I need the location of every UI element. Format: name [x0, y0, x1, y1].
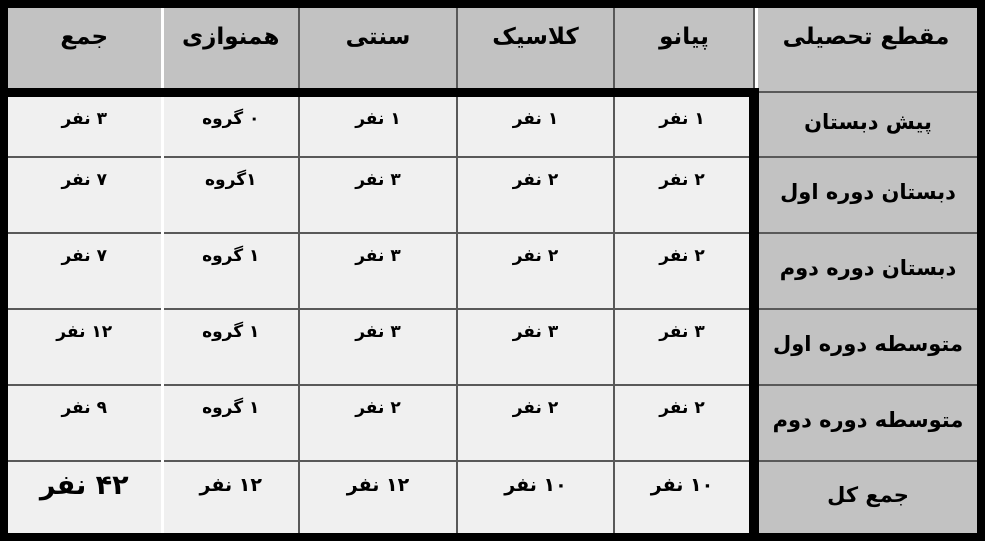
cell-elementary1-total: ۷ نفر — [4, 157, 162, 233]
cell-preschool-piano: ۱ نفر — [614, 92, 754, 157]
table-row-grand-total: جمع کل ۱۰ نفر ۱۰ نفر ۱۲ نفر ۱۲ نفر ۴۲ نف… — [4, 461, 981, 537]
cell-middle1-total: ۱۲ نفر — [4, 309, 162, 385]
cell-middle1-classic: ۳ نفر — [457, 309, 614, 385]
column-header-classic: کلاسیک — [457, 4, 614, 92]
row-label-middle-2: متوسطه دوره دوم — [754, 385, 981, 461]
cell-middle2-traditional: ۲ نفر — [299, 385, 457, 461]
cell-preschool-traditional: ۱ نفر — [299, 92, 457, 157]
cell-elementary1-ensemble: ۱گروه — [162, 157, 299, 233]
cell-elementary2-ensemble: ۱ گروه — [162, 233, 299, 309]
cell-elementary2-classic: ۲ نفر — [457, 233, 614, 309]
cell-middle2-classic: ۲ نفر — [457, 385, 614, 461]
cell-middle2-ensemble: ۱ گروه — [162, 385, 299, 461]
table-row-elementary-1: دبستان دوره اول ۲ نفر ۲ نفر ۳ نفر ۱گروه … — [4, 157, 981, 233]
cell-elementary2-total: ۷ نفر — [4, 233, 162, 309]
row-label-middle-1: متوسطه دوره اول — [754, 309, 981, 385]
row-label-grand-total: جمع کل — [754, 461, 981, 537]
cell-grand-total: ۴۲ نفر — [4, 461, 162, 537]
table-row-middle-1: متوسطه دوره اول ۳ نفر ۳ نفر ۳ نفر ۱ گروه… — [4, 309, 981, 385]
cell-total-classic: ۱۰ نفر — [457, 461, 614, 537]
cell-middle1-piano: ۳ نفر — [614, 309, 754, 385]
column-header-ensemble: همنوازی — [162, 4, 299, 92]
table-header-row: مقطع تحصیلی پیانو کلاسیک سنتی همنوازی جم… — [4, 4, 981, 92]
column-header-level: مقطع تحصیلی — [754, 4, 981, 92]
row-label-elementary-2: دبستان دوره دوم — [754, 233, 981, 309]
column-header-total: جمع — [4, 4, 162, 92]
table-row-preschool: پیش دبستان ۱ نفر ۱ نفر ۱ نفر ۰ گروه ۳ نف… — [4, 92, 981, 157]
cell-total-piano: ۱۰ نفر — [614, 461, 754, 537]
cell-total-traditional: ۱۲ نفر — [299, 461, 457, 537]
music-enrollment-table: مقطع تحصیلی پیانو کلاسیک سنتی همنوازی جم… — [0, 0, 985, 541]
cell-middle2-total: ۹ نفر — [4, 385, 162, 461]
column-header-traditional: سنتی — [299, 4, 457, 92]
cell-middle2-piano: ۲ نفر — [614, 385, 754, 461]
cell-preschool-classic: ۱ نفر — [457, 92, 614, 157]
row-label-preschool: پیش دبستان — [754, 92, 981, 157]
cell-middle1-ensemble: ۱ گروه — [162, 309, 299, 385]
cell-total-ensemble: ۱۲ نفر — [162, 461, 299, 537]
cell-preschool-total: ۳ نفر — [4, 92, 162, 157]
cell-middle1-traditional: ۳ نفر — [299, 309, 457, 385]
cell-elementary2-traditional: ۳ نفر — [299, 233, 457, 309]
cell-elementary1-classic: ۲ نفر — [457, 157, 614, 233]
cell-elementary2-piano: ۲ نفر — [614, 233, 754, 309]
column-header-piano: پیانو — [614, 4, 754, 92]
cell-elementary1-piano: ۲ نفر — [614, 157, 754, 233]
row-label-elementary-1: دبستان دوره اول — [754, 157, 981, 233]
cell-preschool-ensemble: ۰ گروه — [162, 92, 299, 157]
table-row-middle-2: متوسطه دوره دوم ۲ نفر ۲ نفر ۲ نفر ۱ گروه… — [4, 385, 981, 461]
cell-elementary1-traditional: ۳ نفر — [299, 157, 457, 233]
table-row-elementary-2: دبستان دوره دوم ۲ نفر ۲ نفر ۳ نفر ۱ گروه… — [4, 233, 981, 309]
